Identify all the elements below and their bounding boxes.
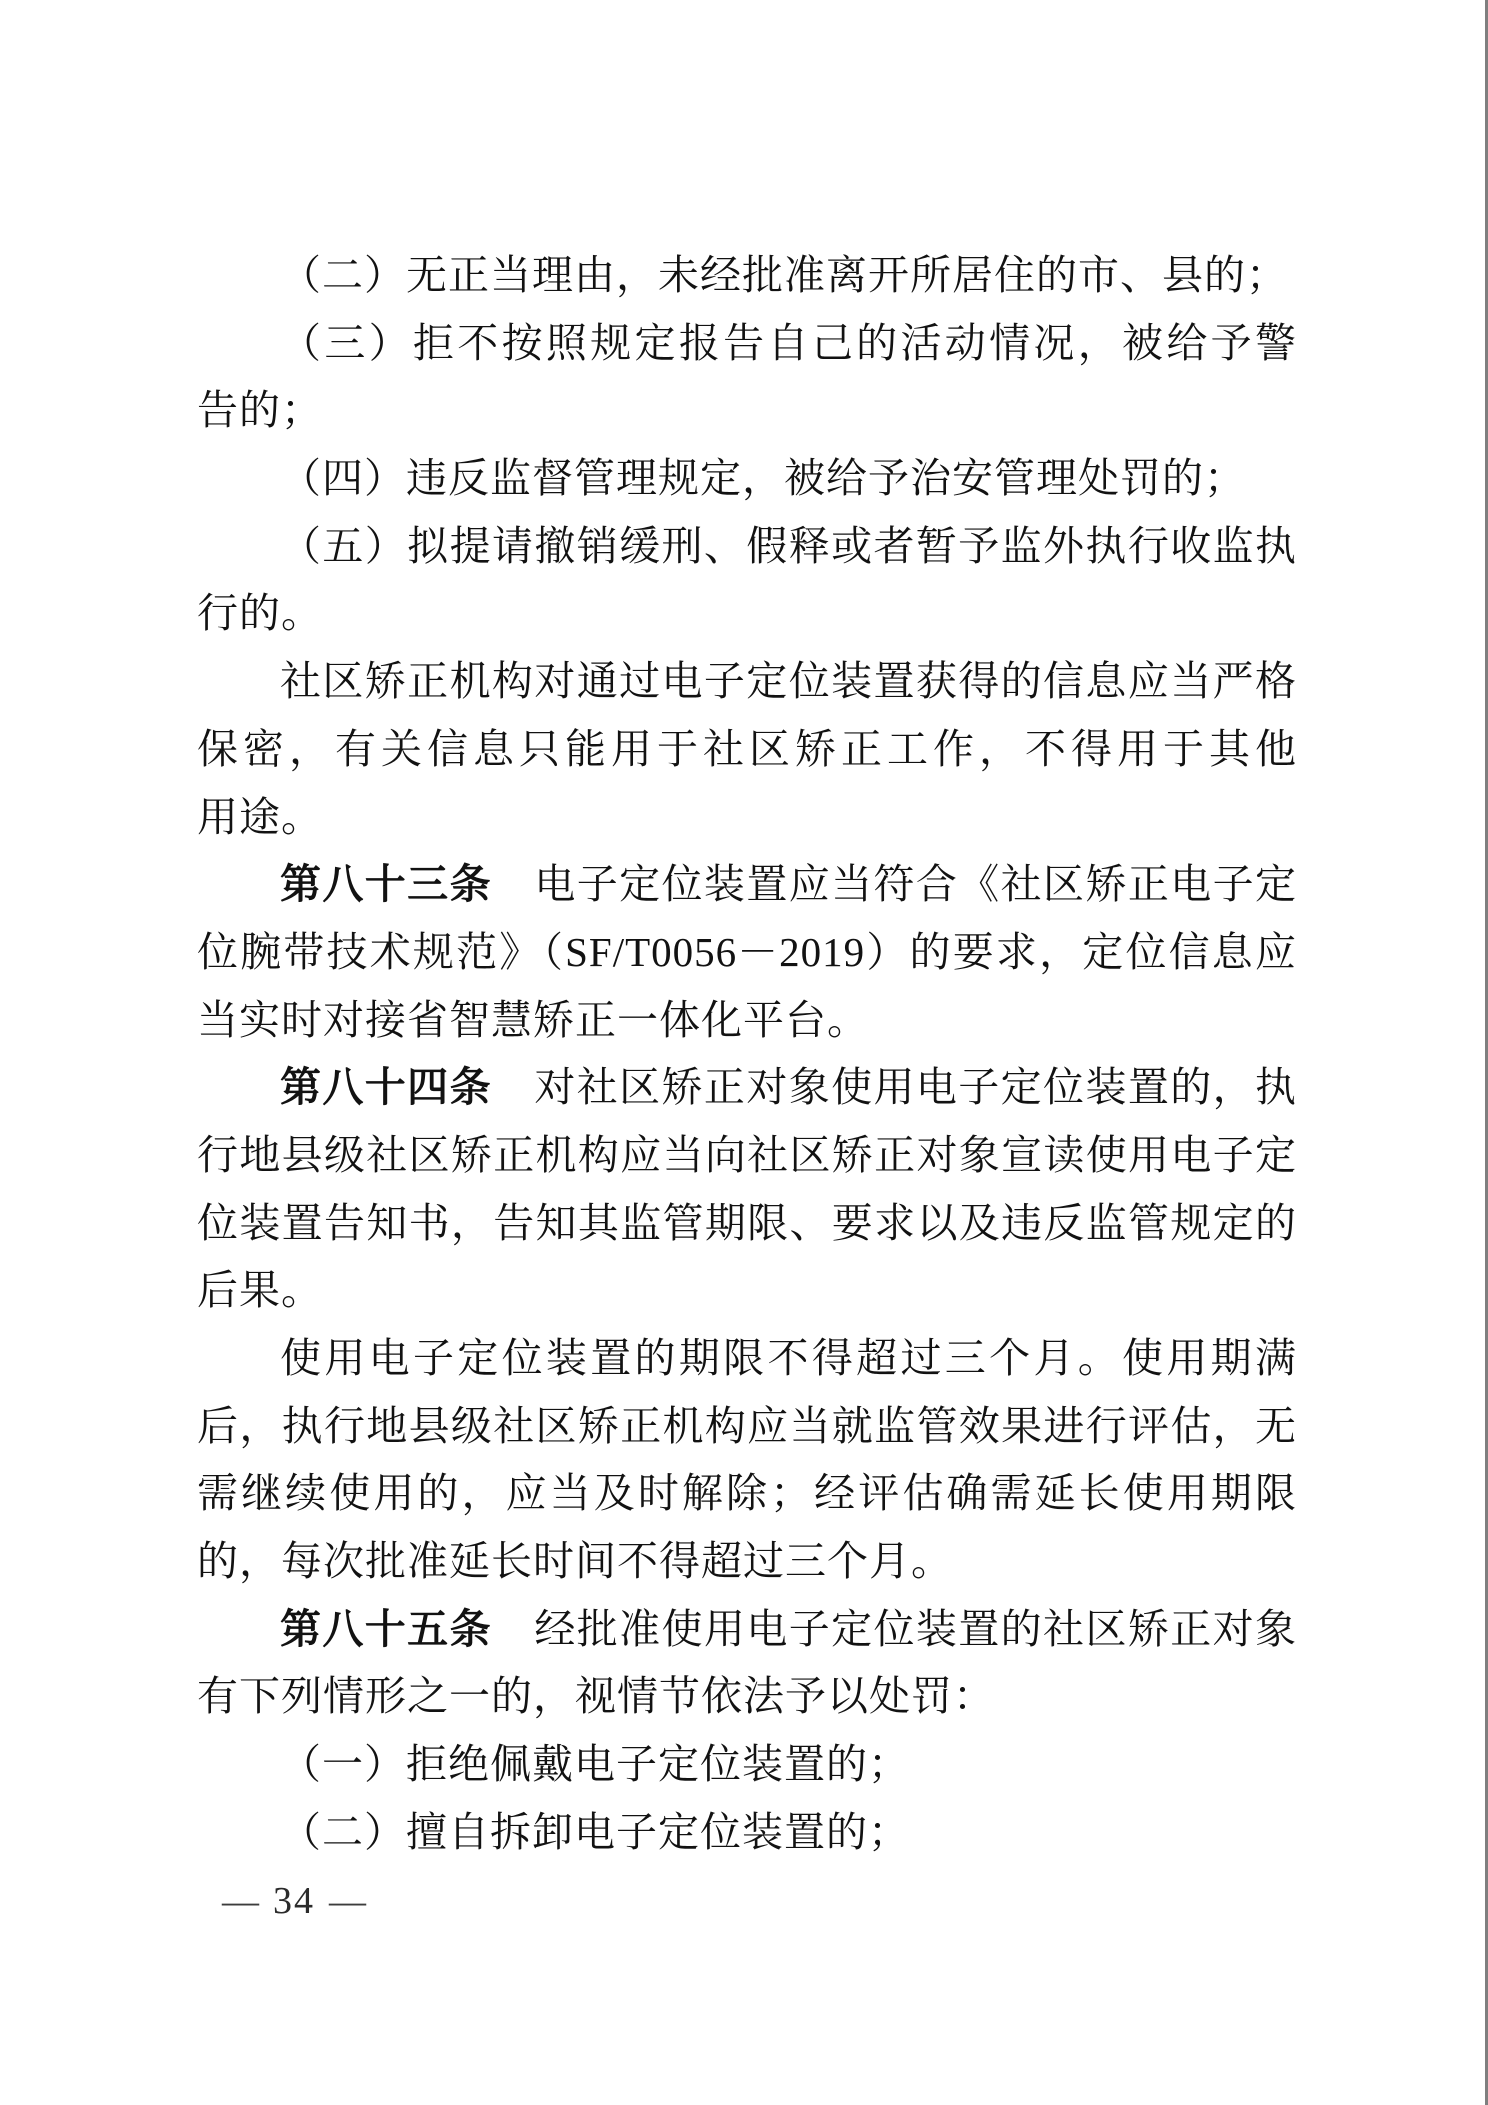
line-text: 需继续使用的，应当及时解除；经评估确需延长使用期限 [197, 1470, 1297, 1516]
line-text: 后果。 [197, 1267, 323, 1313]
text-block: （二）无正当理由，未经批准离开所居住的市、县的；（三）拒不按照规定报告自己的活动… [197, 242, 1297, 1867]
line-text: （二）擅自拆卸电子定位装置的； [280, 1809, 910, 1855]
line-text: （五）拟提请撤销缓刑、假释或者暂予监外执行收监执 [280, 523, 1297, 569]
text-line: 第八十四条 对社区矫正对象使用电子定位装置的，执 [197, 1054, 1297, 1122]
text-line: 保密，有关信息只能用于社区矫正工作，不得用于其他 [197, 716, 1297, 784]
text-line: （四）违反监督管理规定，被给予治安管理处罚的； [197, 445, 1297, 513]
text-line: 告的； [197, 377, 1297, 445]
text-line: 使用电子定位装置的期限不得超过三个月。使用期满 [197, 1325, 1297, 1393]
line-text: 电子定位装置应当符合《社区矫正电子定 [492, 861, 1297, 907]
line-text: 位装置告知书，告知其监管期限、要求以及违反监管规定的 [197, 1200, 1297, 1246]
text-line: 第八十五条 经批准使用电子定位装置的社区矫正对象 [197, 1596, 1297, 1664]
text-line: （一）拒绝佩戴电子定位装置的； [197, 1731, 1297, 1799]
text-line: 后果。 [197, 1257, 1297, 1325]
text-line: （二）无正当理由，未经批准离开所居住的市、县的； [197, 242, 1297, 310]
article-number: 第八十三条 [280, 861, 492, 907]
line-text: 用途。 [197, 794, 323, 840]
text-line: 第八十三条 电子定位装置应当符合《社区矫正电子定 [197, 851, 1297, 919]
footer-dash-right: — [329, 1880, 366, 1923]
text-line: 位装置告知书，告知其监管期限、要求以及违反监管规定的 [197, 1190, 1297, 1258]
line-text: 经批准使用电子定位装置的社区矫正对象 [492, 1606, 1297, 1652]
text-line: （三）拒不按照规定报告自己的活动情况，被给予警 [197, 310, 1297, 378]
line-text: 社区矫正机构对通过电子定位装置获得的信息应当严格 [280, 658, 1297, 704]
line-text: （三）拒不按照规定报告自己的活动情况，被给予警 [280, 320, 1297, 366]
footer-dash-left: — [222, 1880, 259, 1923]
text-line: 有下列情形之一的，视情节依法予以处罚： [197, 1663, 1297, 1731]
line-text: 当实时对接省智慧矫正一体化平台。 [197, 997, 869, 1043]
text-line: 用途。 [197, 784, 1297, 852]
line-text: 行的。 [197, 590, 323, 636]
line-text: 位腕带技术规范》（SF/T0056－2019）的要求，定位信息应 [197, 929, 1297, 975]
line-text: 行地县级社区矫正机构应当向社区矫正对象宣读使用电子定 [197, 1132, 1297, 1178]
text-line: 当实时对接省智慧矫正一体化平台。 [197, 987, 1297, 1055]
text-line: 社区矫正机构对通过电子定位装置获得的信息应当严格 [197, 648, 1297, 716]
text-line: （五）拟提请撤销缓刑、假释或者暂予监外执行收监执 [197, 513, 1297, 581]
line-text: （一）拒绝佩戴电子定位装置的； [280, 1741, 910, 1787]
line-text: 的，每次批准延长时间不得超过三个月。 [197, 1538, 953, 1584]
text-line: 行地县级社区矫正机构应当向社区矫正对象宣读使用电子定 [197, 1122, 1297, 1190]
text-line: 需继续使用的，应当及时解除；经评估确需延长使用期限 [197, 1460, 1297, 1528]
text-line: （二）擅自拆卸电子定位装置的； [197, 1799, 1297, 1867]
line-text: 有下列情形之一的，视情节依法予以处罚： [197, 1673, 995, 1719]
text-line: 后，执行地县级社区矫正机构应当就监管效果进行评估，无 [197, 1393, 1297, 1461]
line-text: 后，执行地县级社区矫正机构应当就监管效果进行评估，无 [197, 1403, 1297, 1449]
line-text: 对社区矫正对象使用电子定位装置的，执 [492, 1064, 1297, 1110]
page-footer: — 34 — [222, 1874, 366, 1928]
document-page: （二）无正当理由，未经批准离开所居住的市、县的；（三）拒不按照规定报告自己的活动… [0, 0, 1488, 2105]
text-line: 位腕带技术规范》（SF/T0056－2019）的要求，定位信息应 [197, 919, 1297, 987]
line-text: （二）无正当理由，未经批准离开所居住的市、县的； [280, 252, 1288, 298]
text-line: 行的。 [197, 580, 1297, 648]
page-number: 34 [273, 1879, 315, 1923]
line-text: （四）违反监督管理规定，被给予治安管理处罚的； [280, 455, 1246, 501]
line-text: 使用电子定位装置的期限不得超过三个月。使用期满 [280, 1335, 1297, 1381]
article-number: 第八十五条 [280, 1606, 492, 1652]
line-text: 保密，有关信息只能用于社区矫正工作，不得用于其他 [197, 726, 1297, 772]
text-line: 的，每次批准延长时间不得超过三个月。 [197, 1528, 1297, 1596]
line-text: 告的； [197, 387, 323, 433]
article-number: 第八十四条 [280, 1064, 492, 1110]
